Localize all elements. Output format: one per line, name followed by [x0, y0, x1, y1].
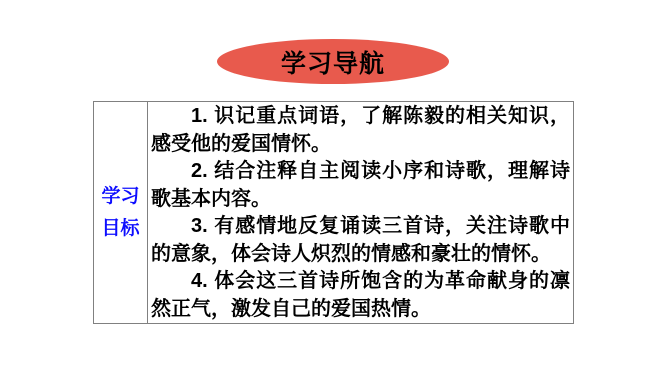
objective-item-3: 3. 有感情地反复诵读三首诗，关注诗歌中的意象，体会诗人炽烈的情感和豪壮的情怀。 — [151, 213, 570, 268]
objective-item-2: 2. 结合注释自主阅读小序和诗歌，理解诗歌基本内容。 — [151, 158, 570, 213]
objective-item-4: 4. 体会这三首诗所饱含的为革命献身的凛然正气，激发自己的爱国热情。 — [151, 268, 570, 323]
header-line-2: 目标 — [101, 213, 139, 245]
table-header-cell: 学习 目标 — [94, 102, 148, 323]
objectives-table: 学习 目标 1. 识记重点词语，了解陈毅的相关知识，感受他的爱国情怀。 2. 结… — [93, 101, 574, 324]
slide-canvas: 学习导航 学习 目标 1. 识记重点词语，了解陈毅的相关知识，感受他的爱国情怀。… — [0, 0, 668, 376]
banner-ellipse: 学习导航 — [217, 39, 449, 84]
objective-item-1: 1. 识记重点词语，了解陈毅的相关知识，感受他的爱国情怀。 — [151, 103, 570, 158]
banner-title: 学习导航 — [281, 44, 385, 80]
table-content-cell: 1. 识记重点词语，了解陈毅的相关知识，感受他的爱国情怀。 2. 结合注释自主阅… — [148, 102, 573, 323]
header-line-1: 学习 — [101, 181, 139, 213]
